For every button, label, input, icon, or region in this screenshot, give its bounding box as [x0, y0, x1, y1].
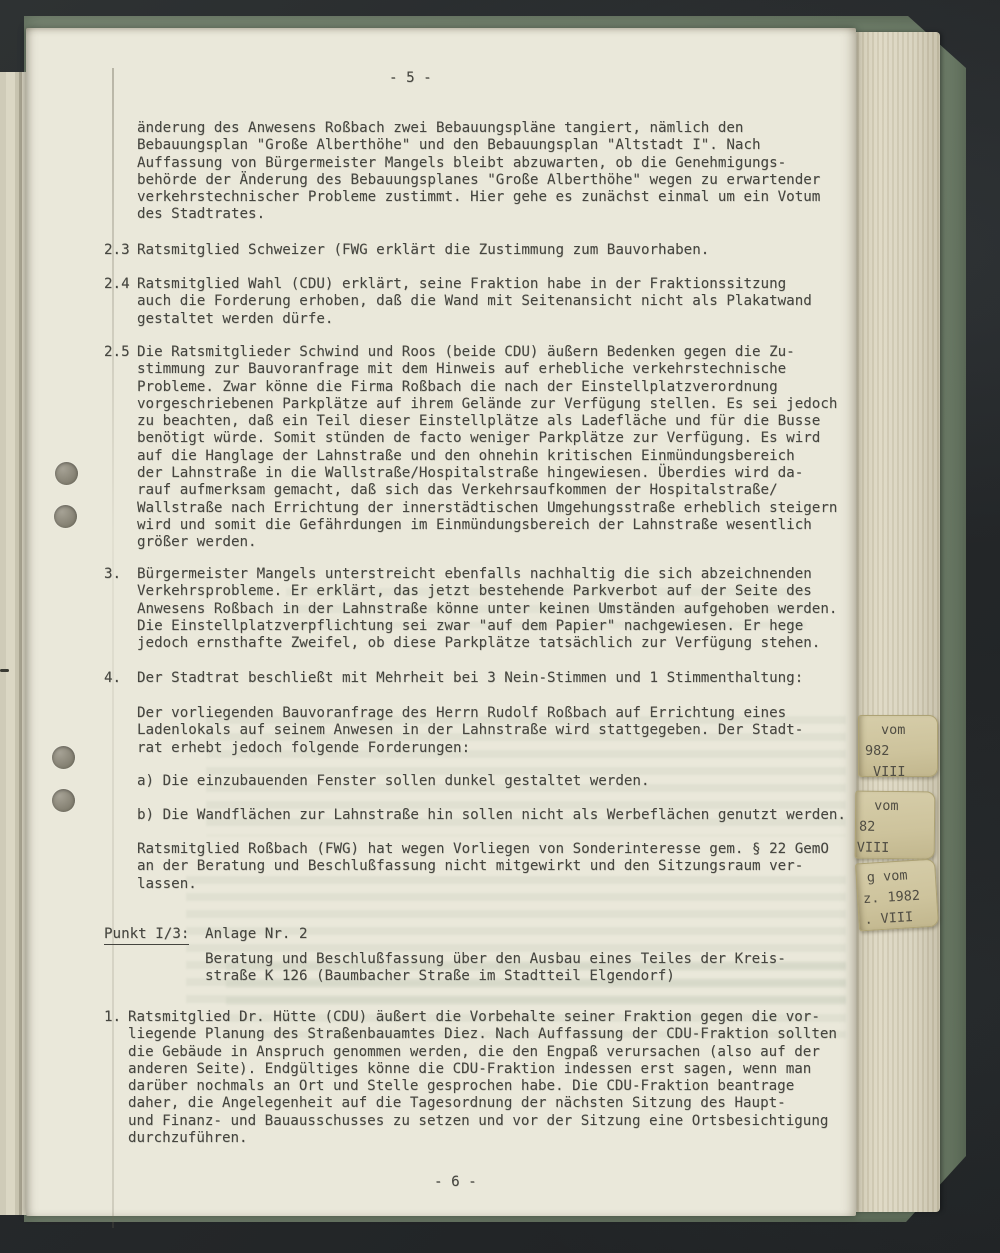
tab-line: 982	[865, 741, 937, 762]
item-2-5-number: 2.5	[104, 344, 130, 361]
punch-hole	[52, 789, 75, 812]
item-3-text: Bürgermeister Mangels unterstreicht eben…	[137, 566, 837, 652]
index-tab-2: vom 82 VIII	[855, 791, 936, 860]
tab-line: vom	[881, 720, 937, 741]
index-tab-3: g vom z. 1982 . VIII	[855, 859, 939, 932]
intro-paragraph: änderung des Anwesens Roßbach zwei Bebau…	[137, 120, 820, 224]
item-2-5-text: Die Ratsmitglieder Schwind und Roos (bei…	[137, 344, 837, 552]
punch-hole	[54, 505, 77, 528]
page-number-bottom: - 6 -	[434, 1174, 477, 1191]
punch-hole	[55, 462, 78, 485]
tab-line: vom	[874, 796, 934, 818]
tab-line: VIII	[857, 838, 934, 860]
punch-hole	[52, 746, 75, 769]
item-1-text: Ratsmitglied Dr. Hütte (CDU) äußert die …	[128, 1009, 837, 1147]
left-page-edges	[0, 72, 27, 1215]
condition-b: b) Die Wandflächen zur Lahnstraße hin so…	[137, 807, 846, 824]
tab-line: 82	[859, 817, 934, 839]
agenda-point-underlined: Punkt I/3:	[104, 926, 189, 945]
page-number-top: - 5 -	[389, 70, 432, 87]
item-4-text: Der Stadtrat beschließt mit Mehrheit bei…	[137, 670, 803, 687]
abstention-note: Ratsmitglied Roßbach (FWG) hat wegen Vor…	[137, 841, 829, 893]
tab-line: . VIII	[864, 906, 938, 931]
agenda-point-subtitle: Beratung und Beschlußfassung über den Au…	[205, 951, 786, 986]
item-1-number: 1.	[104, 1009, 121, 1026]
decision-paragraph: Der vorliegenden Bauvoranfrage des Herrn…	[137, 705, 803, 757]
item-2-3-text: Ratsmitglied Schweizer (FWG erklärt die …	[137, 242, 709, 259]
ink-fleck	[0, 669, 9, 672]
item-3-number: 3.	[104, 566, 121, 583]
item-2-4-number: 2.4	[104, 276, 130, 293]
page-stack-fore-edge	[852, 32, 940, 1212]
agenda-point-title: Anlage Nr. 2	[205, 926, 308, 943]
condition-a: a) Die einzubauenden Fenster sollen dunk…	[137, 773, 650, 790]
agenda-point-label: Punkt I/3:	[104, 926, 189, 943]
tab-line: VIII	[873, 762, 937, 783]
index-tab-1: vom 982 VIII	[858, 715, 938, 777]
item-4-number: 4.	[104, 670, 121, 687]
item-2-3-number: 2.3	[104, 242, 130, 259]
item-2-4-text: Ratsmitglied Wahl (CDU) erklärt, seine F…	[137, 276, 812, 328]
